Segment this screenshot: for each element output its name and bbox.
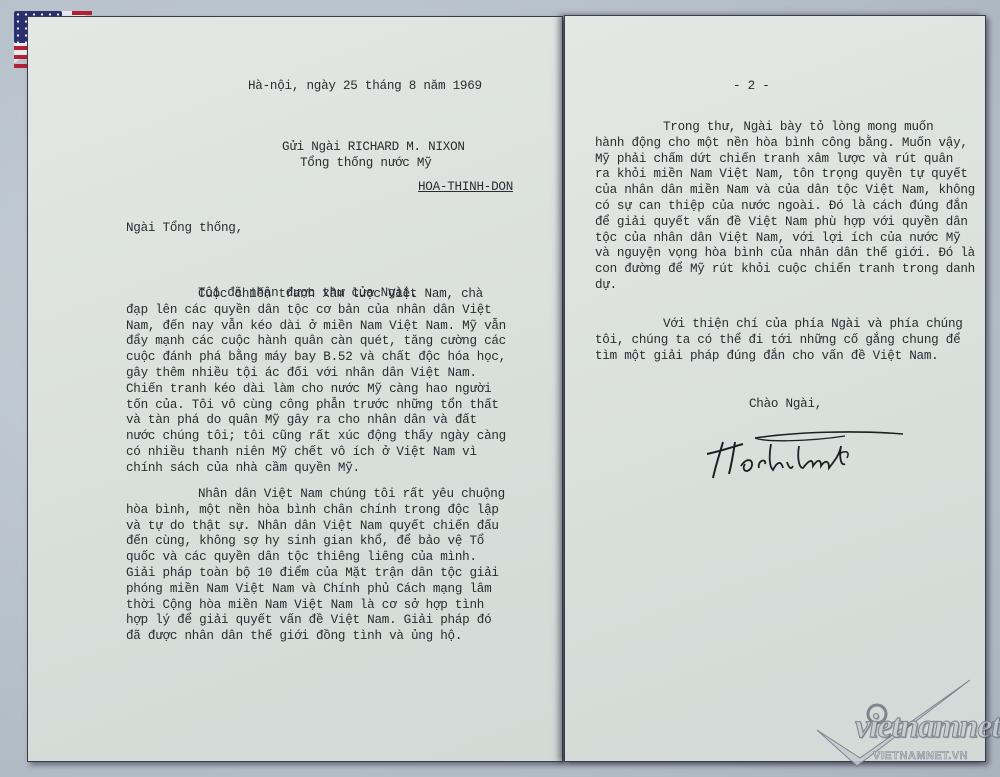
paragraph-5: Với thiện chí của phía Ngài và phía chún… — [595, 317, 963, 364]
paragraph-line: đã được nhân dân thế giới đồng tình và ủ… — [126, 629, 505, 645]
paragraph-line: con đường để Mỹ rút khỏi cuộc chiến tran… — [595, 262, 975, 278]
paragraph-line: tôi, chúng ta có thể đi tới những cố gắn… — [595, 333, 963, 349]
paragraph-line: Nhân dân Việt Nam chúng tôi rất yêu chuộ… — [126, 487, 505, 503]
paragraph-line: đẩy mạnh các cuộc hành quân càn quét, tă… — [126, 334, 506, 350]
paragraph-line: chính sách của nhà cầm quyền Mỹ. — [126, 461, 506, 477]
recipient-city: HOA-THINH-DON — [418, 180, 513, 196]
watermark-logo-text: vietnamnet — [855, 708, 1000, 746]
paragraph-line: hòa bình, một nền hòa bình chân chính tr… — [126, 503, 505, 519]
paragraph-line: Với thiện chí của phía Ngài và phía chún… — [595, 317, 963, 333]
paragraph-line: Nam, đến nay vẫn kéo dài ở miền Nam Việt… — [126, 319, 506, 335]
paragraph-line: và tự do thật sự. Nhân dân Việt Nam quyế… — [126, 519, 505, 535]
vietnamnet-watermark: vietnamnet VIETNAMNET.VN — [815, 678, 1000, 773]
paragraph-line: tìm một giải pháp đúng đắn cho vấn đề Vi… — [595, 349, 963, 365]
paragraph-4: Trong thư, Ngài bày tỏ lòng mong muốnhàn… — [595, 120, 975, 294]
paragraph-line: có sự can thiệp của nước ngoài. Đó là cá… — [595, 199, 975, 215]
paragraph-line: để giải quyết vấn đề Việt Nam phù hợp vớ… — [595, 215, 975, 231]
paragraph-line: cuộc đánh phá bằng máy bay B.52 và chất … — [126, 350, 506, 366]
letter-page-1: Hà-nội, ngày 25 tháng 8 năm 1969 Gửi Ngà… — [27, 16, 563, 762]
paragraph-line: đạp lên các quyền dân tộc cơ bản của nhâ… — [126, 303, 506, 319]
paragraph-line: tộc của nhân dân Việt Nam, với lợi ích c… — [595, 231, 975, 247]
paragraph-line: dự. — [595, 278, 975, 294]
paragraph-line: gây thêm nhiều tội ác đối với nhân dân V… — [126, 366, 506, 382]
recipient-title: Tổng thống nước Mỹ — [300, 156, 432, 172]
paragraph-line: của nhân dân miền Nam và của dân tộc Việ… — [595, 183, 975, 199]
paragraph-line: có nhiều thanh niên Mỹ chết vô ích ở Việ… — [126, 445, 506, 461]
recipient-name: Gửi Ngài RICHARD M. NIXON — [282, 140, 465, 156]
dateline: Hà-nội, ngày 25 tháng 8 năm 1969 — [248, 79, 482, 95]
paragraph-line: Giải pháp toàn bộ 10 điểm của Mặt trận d… — [126, 566, 505, 582]
page-number: - 2 - — [733, 79, 770, 95]
paragraph-line: hành động cho một nền hòa bình công bằng… — [595, 136, 975, 152]
closing: Chào Ngài, — [749, 397, 822, 413]
paragraph-line: quốc và các quyền dân tộc thiêng liêng c… — [126, 550, 505, 566]
paragraph-line: phóng miền Nam Việt Nam và Chính phủ Các… — [126, 582, 505, 598]
paragraph-line: hợp lý để giải quyết vấn đề Việt Nam. Gi… — [126, 613, 505, 629]
letter-page-2: - 2 - Trong thư, Ngài bày tỏ lòng mong m… — [564, 15, 986, 762]
paragraph-line: tốn của. Tôi vô cùng công phẫn trước nhữ… — [126, 398, 506, 414]
paragraph-line: và tàn phá do quân Mỹ gây ra cho nhân dâ… — [126, 413, 506, 429]
paragraph-line: và nguyện vọng hòa bình của nhân dân thế… — [595, 246, 975, 262]
paragraph-line: Mỹ phải chấm dứt chiến tranh xâm lược và… — [595, 152, 975, 168]
salutation: Ngài Tổng thống, — [126, 221, 243, 237]
paragraph-line: Chiến tranh kéo dài làm cho nước Mỹ càng… — [126, 382, 506, 398]
paragraph-line: Cuộc chiến tranh xâm lược Việt Nam, chà — [126, 287, 506, 303]
watermark-domain: VIETNAMNET.VN — [873, 750, 968, 762]
signature: Hồ Chí Minh — [695, 416, 905, 486]
paragraph-line: đến cùng, không sợ hy sinh gian khổ, để … — [126, 534, 505, 550]
paragraph-line: nước chúng tôi; tôi cũng rất xúc động th… — [126, 429, 506, 445]
paragraph-2: Cuộc chiến tranh xâm lược Việt Nam, chàđ… — [126, 287, 506, 477]
paragraph-3: Nhân dân Việt Nam chúng tôi rất yêu chuộ… — [126, 487, 505, 645]
paragraph-line: thời Cộng hòa miền Nam Việt Nam là cơ sở… — [126, 598, 505, 614]
paragraph-line: Trong thư, Ngài bày tỏ lòng mong muốn — [595, 120, 975, 136]
paragraph-line: ra khỏi miền Nam Việt Nam, tôn trọng quy… — [595, 167, 975, 183]
